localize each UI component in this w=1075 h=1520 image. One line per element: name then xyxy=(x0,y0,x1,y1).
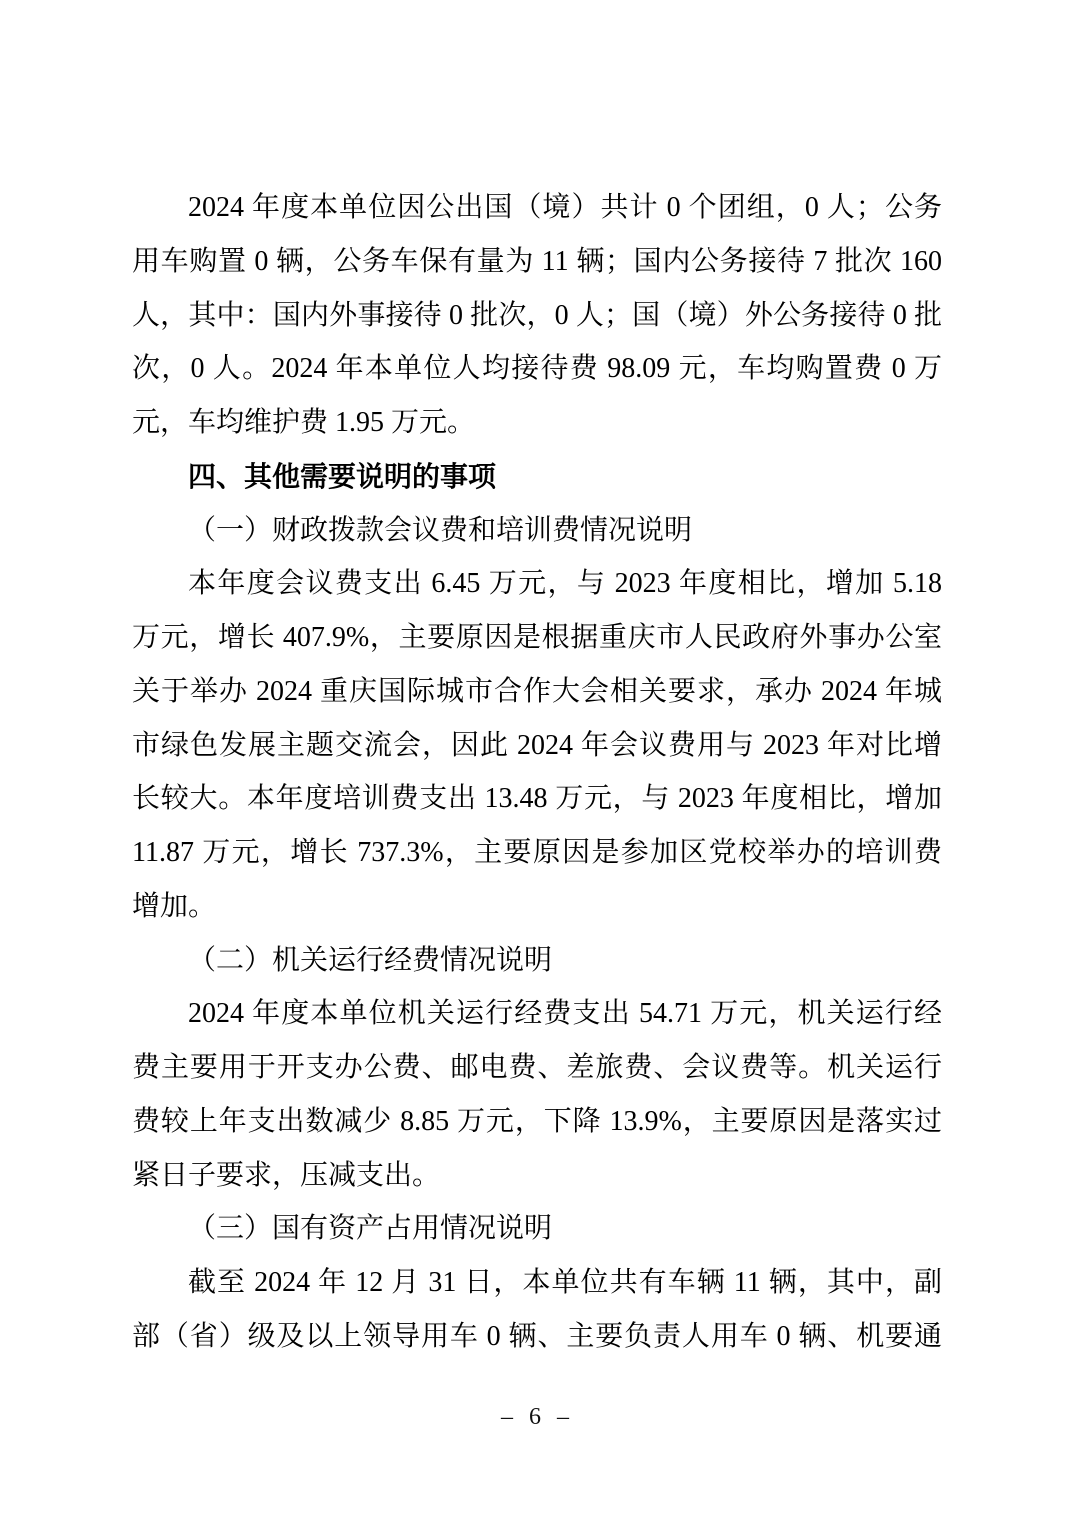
paragraph-line: 11.87 万元，增长 737.3%，主要原因是参加区党校举办的培训费 xyxy=(132,826,942,880)
section-heading: 四、其他需要说明的事项 xyxy=(132,450,942,504)
paragraph-line: 2024 年度本单位因公出国（境）共计 0 个团组，0 人；公务 xyxy=(132,181,942,235)
paragraph-line: 费主要用于开支办公费、邮电费、差旅费、会议费等。机关运行经 xyxy=(132,1041,942,1095)
paragraph-line: 元，车均维护费 1.95 万元。 xyxy=(132,396,942,450)
paragraph-line: 关于举办 2024 重庆国际城市合作大会相关要求，承办 2024 年城 xyxy=(132,665,942,719)
paragraph-line: 2024 年度本单位机关运行经费支出 54.71 万元，机关运行经 xyxy=(132,987,942,1041)
document-page: 2024 年度本单位因公出国（境）共计 0 个团组，0 人；公务用车购置 0 辆… xyxy=(0,0,1075,1520)
paragraph-line: 本年度会议费支出 6.45 万元，与 2023 年度相比，增加 5.18 xyxy=(132,557,942,611)
paragraph-line: 万元，增长 407.9%，主要原因是根据重庆市人民政府外事办公室 xyxy=(132,611,942,665)
document-content: 2024 年度本单位因公出国（境）共计 0 个团组，0 人；公务用车购置 0 辆… xyxy=(132,181,942,1364)
paragraph-line: 截至 2024 年 12 月 31 日，本单位共有车辆 11 辆，其中，副 xyxy=(132,1256,942,1310)
section-heading: （二）机关运行经费情况说明 xyxy=(132,934,942,988)
paragraph-line: 费较上年支出数减少 8.85 万元，下降 13.9%，主要原因是落实过 xyxy=(132,1095,942,1149)
section-heading: （三）国有资产占用情况说明 xyxy=(132,1202,942,1256)
paragraph-line: 增加。 xyxy=(132,880,942,934)
paragraph-line: 人，其中：国内外事接待 0 批次，0 人；国（境）外公务接待 0 批 xyxy=(132,289,942,343)
paragraph-line: 次，0 人。2024 年本单位人均接待费 98.09 元，车均购置费 0 万 xyxy=(132,342,942,396)
paragraph-line: 长较大。本年度培训费支出 13.48 万元，与 2023 年度相比，增加 xyxy=(132,772,942,826)
paragraph-line: 部（省）级及以上领导用车 0 辆、主要负责人用车 0 辆、机要通 xyxy=(132,1310,942,1364)
paragraph-line: 紧日子要求，压减支出。 xyxy=(132,1149,942,1203)
paragraph-line: 用车购置 0 辆，公务车保有量为 11 辆；国内公务接待 7 批次 160 xyxy=(132,235,942,289)
section-heading: （一）财政拨款会议费和培训费情况说明 xyxy=(132,504,942,558)
page-number-footer: – 6 – xyxy=(0,1404,1075,1431)
paragraph-line: 市绿色发展主题交流会，因此 2024 年会议费用与 2023 年对比增 xyxy=(132,719,942,773)
